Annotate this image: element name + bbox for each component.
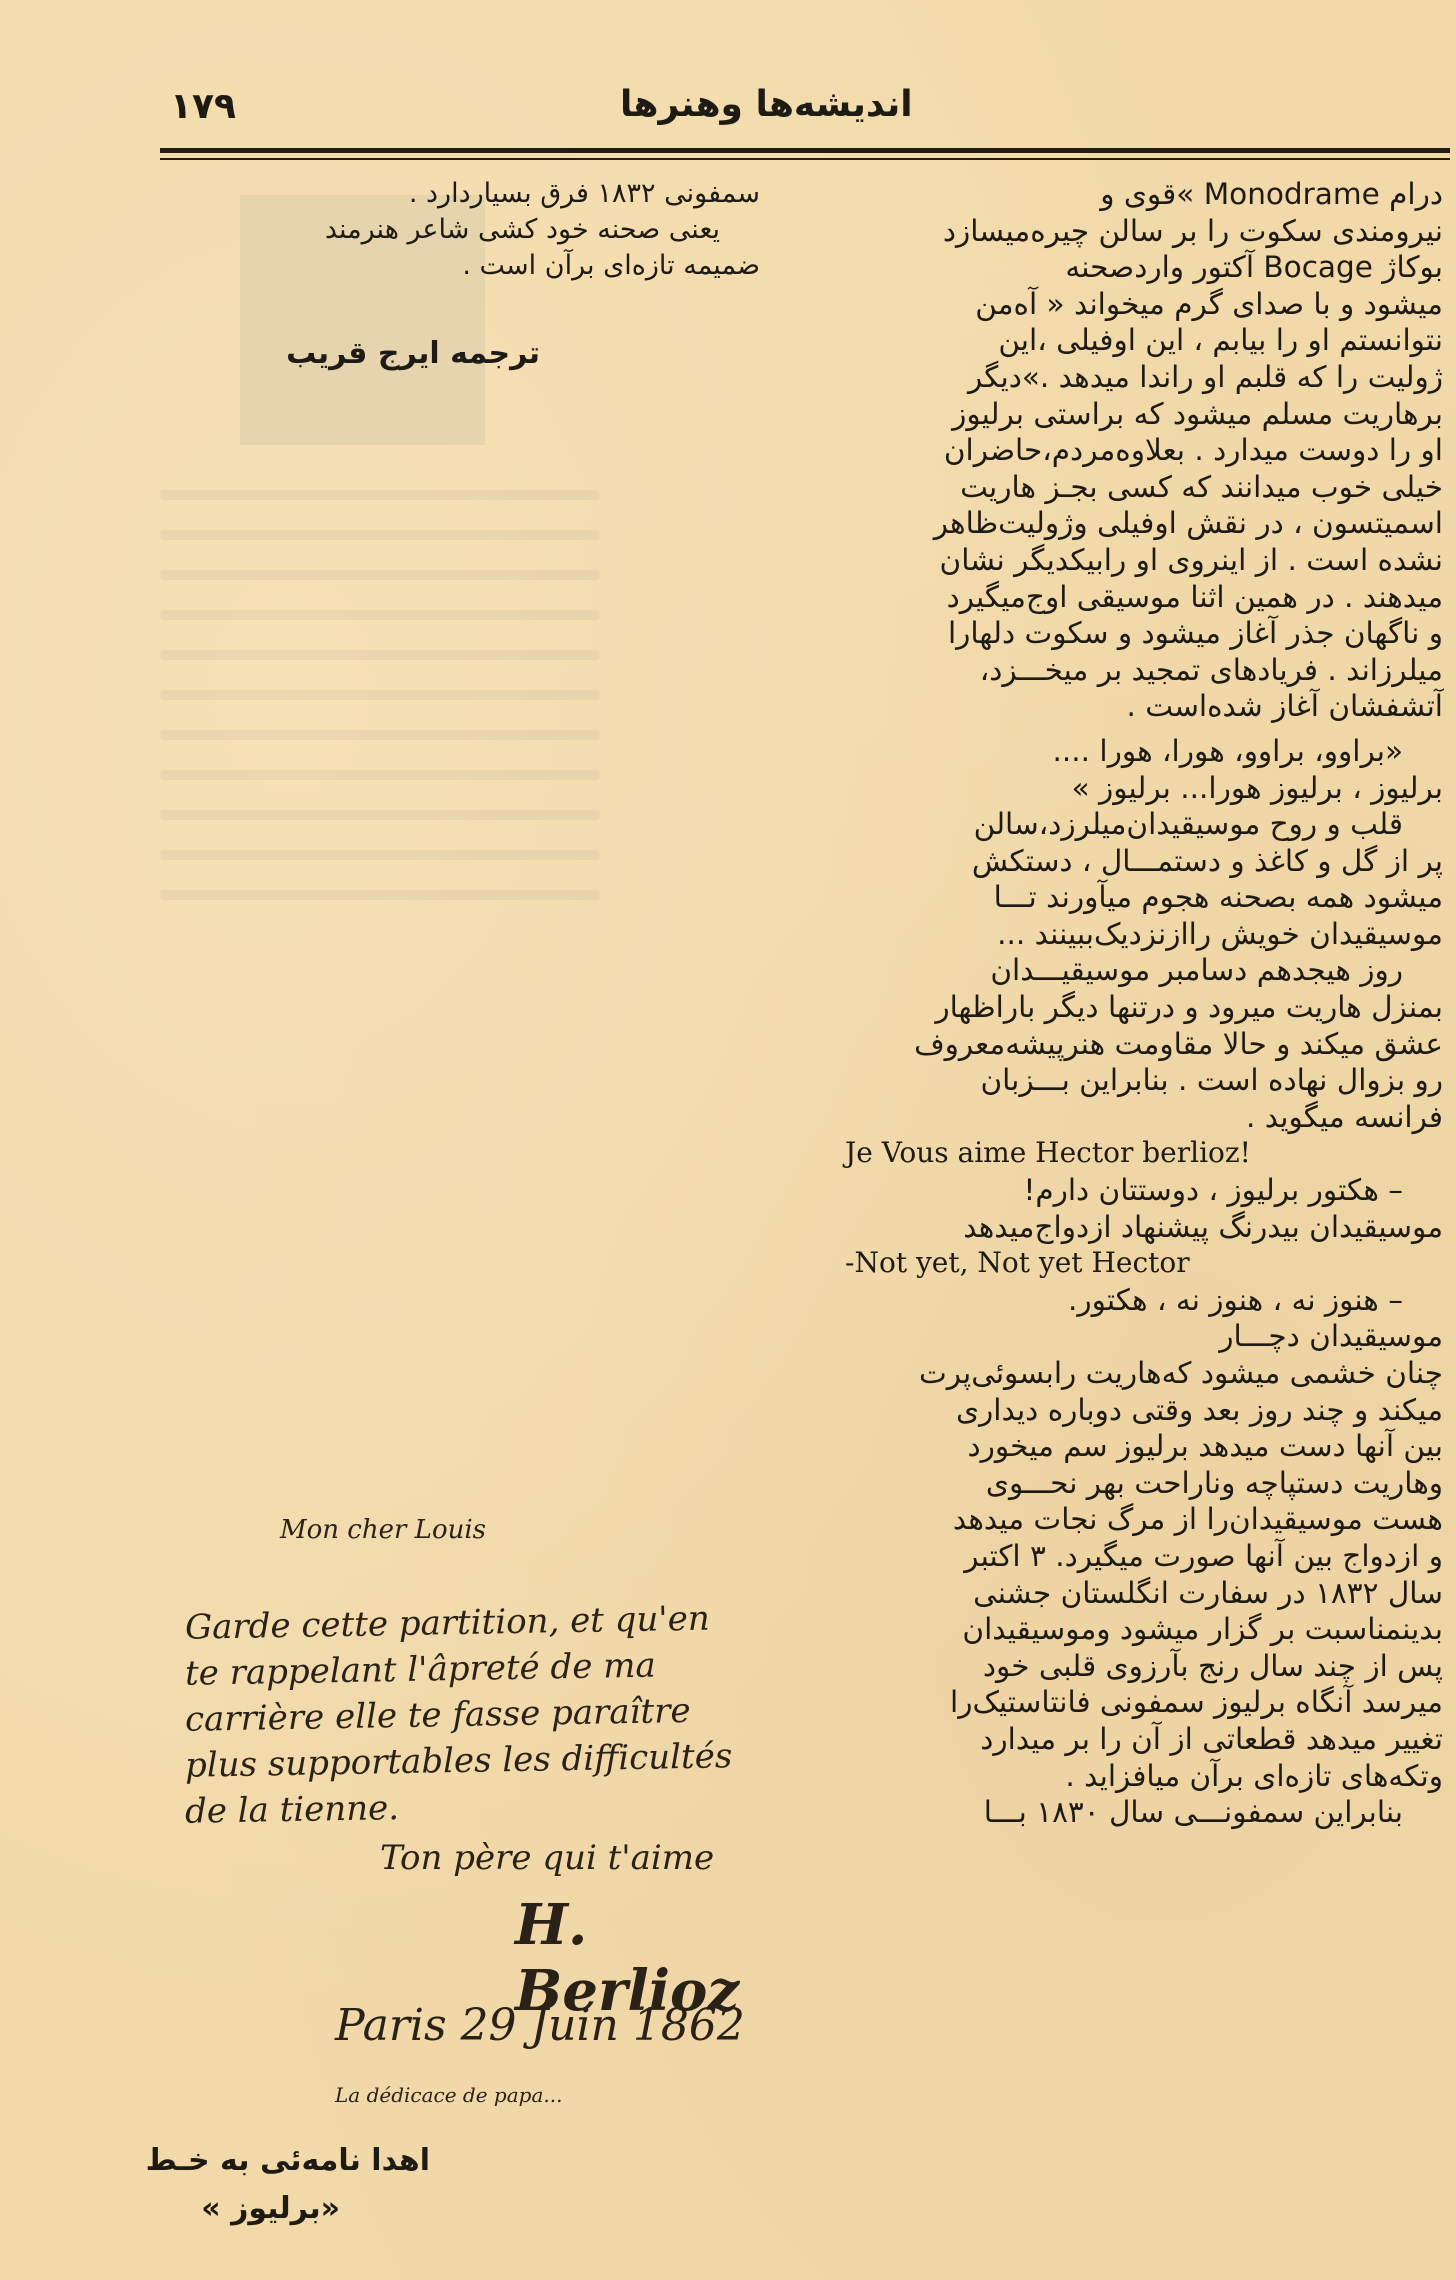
text-line: وتکه‌های تازه‌ای برآن میافزاید . [845, 1758, 1443, 1795]
text-line: موسیقیدان خویش راازنزدیک‌ببینند ... [845, 916, 1443, 953]
text-line: رو بزوال نهاده است . بنابراین بـــزبان [845, 1062, 1443, 1099]
text-line: نشده است . از اینروی او رابیکدیگر نشان [845, 542, 1443, 579]
text-line: و ازدواج بین آنها صورت میگیرد. ۳ اکتبر [845, 1538, 1443, 1575]
header-rule-thick [160, 148, 1450, 153]
text-line: بنابراین سمفونـــی سال ۱۸۳۰ بـــا [845, 1794, 1443, 1831]
text-line: برلیوز ، برلیوز هورا... برلیوز » [845, 770, 1443, 807]
article-ending: سمفونی ۱۸۳۲ فرق بسیاردارد . یعنی صحنه خو… [160, 176, 760, 284]
text-line: وهاریت دستپاچه وناراحت بهر نحـــوی [845, 1465, 1443, 1502]
text-line: بوکاژ Bocage آکتور واردصحنه [845, 249, 1443, 286]
text-line: میشود و با صدای گرم میخواند « آه‌من [845, 286, 1443, 323]
text-line: نیرومندی سکوت را بر سالن چیره‌میسازد [845, 213, 1443, 250]
text-line: پر از گل و کاغذ و دستمـــال ، دستکش [845, 843, 1443, 880]
page-header: ۱۷۹ اندیشه‌ها وهنرها [160, 86, 1450, 146]
text-line: برهاریت مسلم میشود که براستی برلیوز [845, 396, 1443, 433]
text-line: هست موسیقیدان‌را از مرگ نجات میدهد [845, 1501, 1443, 1538]
text-line: میشود همه بصحنه هجوم میآورند تـــا [845, 879, 1443, 916]
text-line: درام Monodrame »قوی و [845, 176, 1443, 213]
text-line: روز هیجدهم دسامبر موسیقیـــدان [845, 952, 1443, 989]
text-line: خیلی خوب میدانند که کسی بجـز هاریت [845, 469, 1443, 506]
english-quote: -Not yet, Not yet Hector [845, 1245, 1443, 1282]
text-line: آتشفشان آغاز شده‌است . [845, 688, 1443, 725]
caption-line: اهدا نامه‌ئی به خـط [160, 2137, 430, 2185]
text-line: ضمیمه تازه‌ای برآن است . [160, 248, 760, 284]
french-quote: Je Vous aime Hector berlioz! [845, 1135, 1443, 1172]
text-line: نتوانستم او را بیابم ، این اوفیلی ،این [845, 322, 1443, 359]
letter-line: de la tienne. [185, 1779, 733, 1835]
article-column-right: درام Monodrame »قوی و نیرومندی سکوت را ب… [845, 176, 1443, 1831]
text-line: سمفونی ۱۸۳۲ فرق بسیاردارد . [160, 176, 760, 212]
text-line: بدینمناسبت بر گزار میشود وموسیقیدان [845, 1611, 1443, 1648]
text-line: و ناگهان جذر آغاز میشود و سکوت دلهارا [845, 615, 1443, 652]
header-rule-thin [160, 158, 1450, 160]
text-line: فرانسه میگوید . [845, 1099, 1443, 1136]
text-line: او را دوست میدارد . بعلاوه‌مردم،حاضران [845, 432, 1443, 469]
text-line: میدهند . در همین اثنا موسیقی اوج‌میگیرد [845, 579, 1443, 616]
reverse-page-ghost-text [160, 490, 600, 930]
page-number: ۱۷۹ [170, 86, 236, 127]
text-line: قلب و روح موسیقیدان‌میلرزد،سالن [845, 806, 1443, 843]
letter-salutation: Mon cher Louis [280, 1515, 486, 1545]
text-line: بمنزل هاریت میرود و درتنها دیگر باراظهار [845, 989, 1443, 1026]
text-line: میکند و چند روز بعد وقتی دوباره دیداری [845, 1392, 1443, 1429]
text-line: عشق میکند و حالا مقاومت هنرپیشه‌معروف [845, 1026, 1443, 1063]
text-line: میرسد آنگاه برلیوز سمفونی فانتاستیک‌را [845, 1684, 1443, 1721]
letter-body: Garde cette partition, et qu'en te rappe… [185, 1600, 732, 1830]
translator-credit: ترجمه ایرج قریب [286, 336, 540, 371]
text-line: یعنی صحنه خود کشی شاعر هنرمند [160, 212, 760, 248]
article-column-left: سمفونی ۱۸۳۲ فرق بسیاردارد . یعنی صحنه خو… [160, 176, 760, 284]
figure-caption-persian: اهدا نامه‌ئی به خـط «برلیوز » [160, 2137, 430, 2233]
letter-closing: Ton père qui t'aime [380, 1838, 714, 1878]
text-line: «براوو، براوو، هورا، هورا .... [845, 733, 1443, 770]
caption-line: «برلیوز » [160, 2185, 430, 2233]
text-line: چنان خشمی میشود که‌هاریت رابسوئی‌پرت [845, 1355, 1443, 1392]
text-line: ژولیت را که قلبم او راندا میدهد .»دیگر [845, 359, 1443, 396]
text-line: اسمیتسون ، در نقش اوفیلی وژولیت‌ظاهر [845, 505, 1443, 542]
text-line: بین آنها دست میدهد برلیوز سم میخورد [845, 1428, 1443, 1465]
text-line: میلرزاند . فریادهای تمجید بر میخـــزد، [845, 652, 1443, 689]
text-line: – هنوز نه ، هنوز نه ، هکتور. [845, 1282, 1443, 1319]
text-line: – هکتور برلیوز ، دوستتان دارم! [845, 1172, 1443, 1209]
running-title: اندیشه‌ها وهنرها [620, 84, 913, 125]
text-line: سال ۱۸۳۲ در سفارت انگلستان جشنی [845, 1575, 1443, 1612]
text-line: موسیقیدان بیدرنگ پیشنهاد ازدواج‌میدهد [845, 1209, 1443, 1246]
text-line: موسیقیدان دچـــار [845, 1318, 1443, 1355]
figure-caption-french: La dédicace de papa... [335, 2083, 562, 2107]
letter-date: Paris 29 Juin 1862 [335, 2000, 745, 2051]
text-line: تغییر میدهد قطعاتی از آن را بر میدارد [845, 1721, 1443, 1758]
text-line: پس از چند سال رنج بآرزوی قلبی خود [845, 1648, 1443, 1685]
